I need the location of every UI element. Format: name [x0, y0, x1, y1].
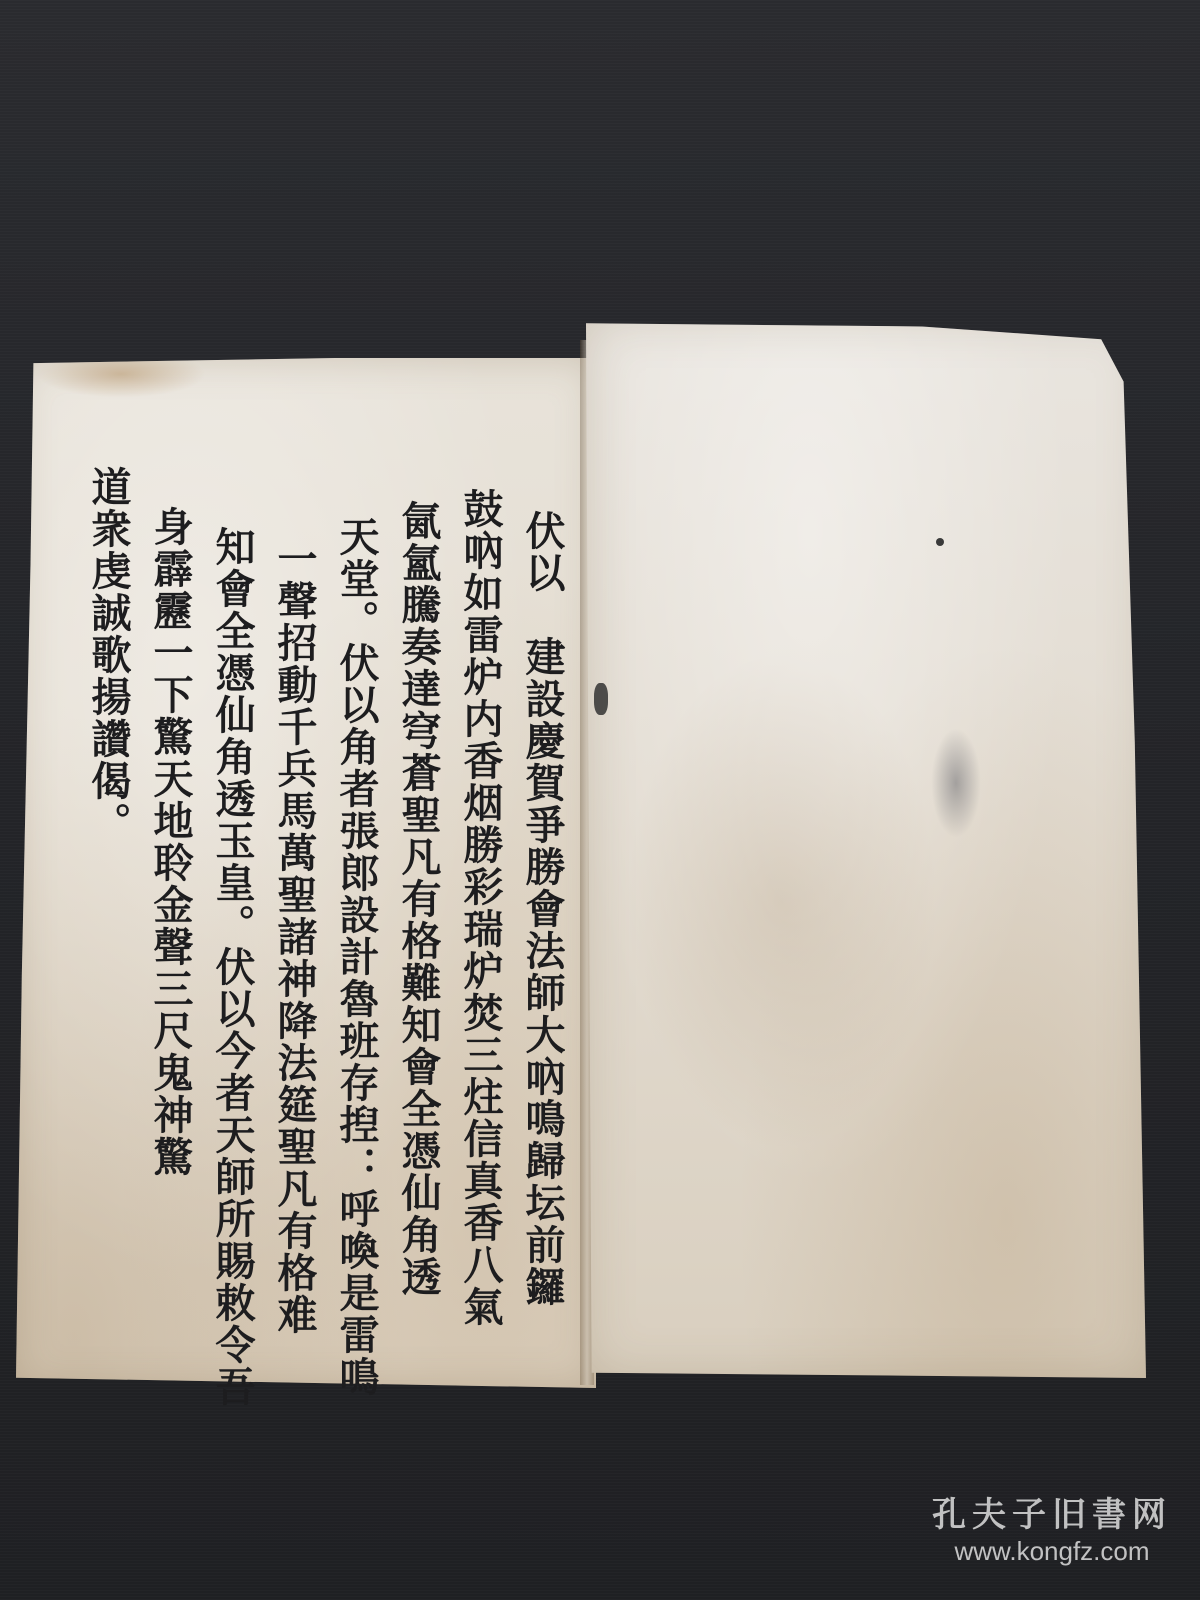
watermark: 孔夫子旧書网 www.kongfz.com: [932, 1495, 1172, 1567]
ink-spot: [936, 538, 944, 546]
watermark-url: www.kongfz.com: [932, 1535, 1172, 1567]
text-column-5: 一聲招動千兵馬萬聖諸神降法筵聖凡有格难: [264, 440, 322, 1360]
text-column-4: 天堂。伏以角者張郎設計魯班存揑：呼喚是雷鳴: [326, 440, 384, 1360]
ink-smudge: [931, 728, 981, 838]
paper-stain: [36, 358, 206, 398]
text-column-1: 伏以 建設慶賀爭勝會法師大吶鳴歸坛前鑼: [512, 440, 570, 1360]
text-column-6: 知會全憑仙角透玉皇。伏以今者天師所賜敕令吾: [202, 440, 260, 1360]
text-column-7: 身霹靂一下驚天地聆金聲三尺鬼神驚: [140, 440, 198, 1360]
right-page-blank: [586, 318, 1146, 1378]
watermark-site-name: 孔夫子旧書网: [932, 1495, 1172, 1535]
text-column-8: 道衆虔誠歌揚讚偈。: [78, 440, 136, 1360]
text-column-3: 氤氳騰奏達穹蒼聖凡有格難知會全憑仙角透: [388, 440, 446, 1360]
spine-mark: [594, 683, 608, 715]
text-column-2: 鼓吶如雷炉内香烟勝彩瑞炉焚三炷信真香八氣: [450, 440, 508, 1360]
text-columns: 伏以 建設慶賀爭勝會法師大吶鳴歸坛前鑼 鼓吶如雷炉内香烟勝彩瑞炉焚三炷信真香八氣…: [60, 440, 570, 1360]
manuscript-photo: 伏以 建設慶賀爭勝會法師大吶鳴歸坛前鑼 鼓吶如雷炉内香烟勝彩瑞炉焚三炷信真香八氣…: [0, 0, 1200, 1600]
